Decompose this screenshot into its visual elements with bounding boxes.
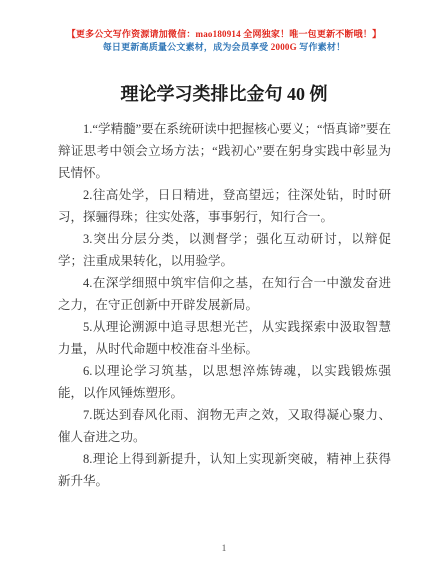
document-body: 1.“学精髓”要在系统研读中把握核心要义；“悟真谛”要在辩证思考中领会立场方法；… (0, 118, 448, 492)
paragraph-8: 8.理论上得到新提升，认知上实现新突破，精神上获得新升华。 (58, 448, 391, 492)
promo-header: 【更多公文写作资源请加微信：mao180914 全网独家！唯一包更新不断哦！】 … (0, 0, 448, 54)
promo-line2-highlight: 2000G (271, 42, 297, 52)
document-page: 【更多公文写作资源请加微信：mao180914 全网独家！唯一包更新不断哦！】 … (0, 0, 448, 580)
paragraph-4: 4.在深学细照中筑牢信仰之基，在知行合一中激发奋进之力，在守正创新中开辟发展新局… (58, 272, 391, 316)
page-title: 理论学习类排比金句 40 例 (0, 83, 448, 105)
paragraph-7: 7.既达到春风化雨、润物无声之效，又取得凝心聚力、催人奋进之功。 (58, 404, 391, 448)
promo-header-line2: 每日更新高质量公文素材，成为会员享受 2000G 写作素材！ (0, 41, 448, 54)
paragraph-3: 3.突出分层分类，以测督学；强化互动研讨，以辩促学；注重成果转化，以用验学。 (58, 228, 391, 272)
paragraph-2: 2.往高处学，日日精进，登高望远；往深处钻，时时研习，探骊得珠；往实处落，事事躬… (58, 184, 391, 228)
promo-line2-prefix: 每日更新高质量公文素材，成为会员享受 (103, 42, 271, 52)
paragraph-5: 5.从理论溯源中追寻思想光芒，从实践探索中汲取智慧力量，从时代命题中校准奋斗坐标… (58, 316, 391, 360)
paragraph-1: 1.“学精髓”要在系统研读中把握核心要义；“悟真谛”要在辩证思考中领会立场方法；… (58, 118, 391, 184)
promo-line2-suffix: 写作素材！ (297, 42, 345, 52)
page-number: 1 (0, 544, 448, 554)
paragraph-6: 6.以理论学习筑基，以思想淬炼铸魂，以实践锻炼强能，以作风锤炼塑形。 (58, 360, 391, 404)
promo-header-line1: 【更多公文写作资源请加微信：mao180914 全网独家！唯一包更新不断哦！】 (0, 28, 448, 41)
